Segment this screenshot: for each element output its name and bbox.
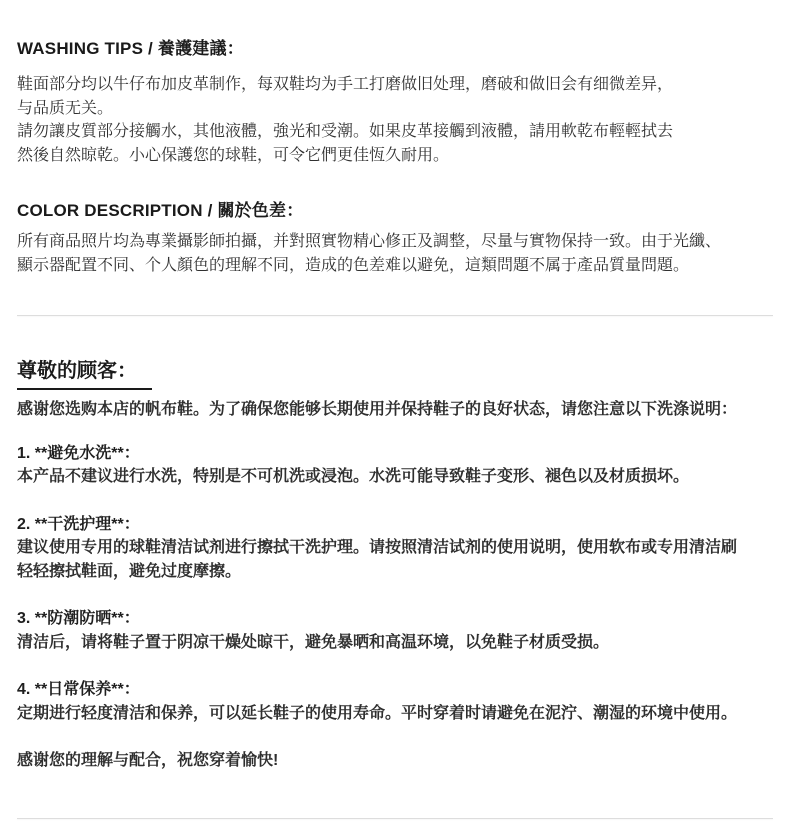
product-care-page: WASHING TIPS / 養護建議： 鞋面部分均以牛仔布加皮革制作，每双鞋均… xyxy=(0,0,790,819)
care-item-body-line: 定期进行轻度清洁和保养，可以延长鞋子的使用寿命。平时穿着时请避免在泥泞、潮湿的环… xyxy=(17,702,773,726)
color-description-heading: COLOR DESCRIPTION / 關於色差： xyxy=(17,167,773,222)
salutation-heading: 尊敬的顾客： xyxy=(17,358,152,390)
closing-message: 感谢您的理解与配合，祝您穿着愉快! xyxy=(17,749,773,773)
care-item-body-line: 本产品不建议进行水洗，特别是不可机洗或浸泡。水洗可能导致鞋子变形、褪色以及材质损… xyxy=(17,465,773,489)
care-item-title: 4. **日常保养**： xyxy=(17,678,773,702)
washing-tips-line: 鞋面部分均以牛仔布加皮革制作，每双鞋均为手工打磨做旧处理，磨破和做旧会有细微差异… xyxy=(17,73,773,97)
care-item-body-line: 清洁后，请将鞋子置于阴凉干燥处晾干，避免暴晒和高温环境，以免鞋子材质受损。 xyxy=(17,631,773,655)
section-divider-top xyxy=(17,315,773,316)
care-item-title: 1. **避免水洗**： xyxy=(17,442,773,466)
color-description-line: 顯示器配置不同、个人顏色的理解不同，造成的色差难以避免，這類問題不属于產品質量問… xyxy=(17,254,773,278)
color-description-section: COLOR DESCRIPTION / 關於色差： 所有商品照片均為專業攝影師拍… xyxy=(17,167,773,277)
washing-tips-heading: WASHING TIPS / 養護建議： xyxy=(17,0,773,60)
section-divider-bottom xyxy=(17,818,773,819)
care-item-daily-maintenance: 4. **日常保养**： 定期进行轻度清洁和保养，可以延长鞋子的使用寿命。平时穿… xyxy=(17,678,773,725)
care-item-dry-cleaning: 2. **干洗护理**： 建议使用专用的球鞋清洁试剂进行擦拭干洗护理。请按照清洁… xyxy=(17,513,773,584)
washing-tips-line: 然後自然晾乾。小心保護您的球鞋，可令它們更佳恆久耐用。 xyxy=(17,144,773,168)
care-item-title: 2. **干洗护理**： xyxy=(17,513,773,537)
washing-tips-paragraph: 鞋面部分均以牛仔布加皮革制作，每双鞋均为手工打磨做旧处理，磨破和做旧会有细微差异… xyxy=(17,73,773,167)
color-description-line: 所有商品照片均為專業攝影師拍攝，并對照實物精心修正及調整，尽量与實物保持一致。由… xyxy=(17,230,773,254)
care-item-no-washing: 1. **避免水洗**： 本产品不建议进行水洗，特别是不可机洗或浸泡。水洗可能导… xyxy=(17,442,773,489)
customer-notice-section: 尊敬的顾客： 感谢您选购本店的帆布鞋。为了确保您能够长期使用并保持鞋子的良好状态… xyxy=(17,358,773,773)
care-item-moisture-sun: 3. **防潮防晒**： 清洁后，请将鞋子置于阴凉干燥处晾干，避免暴晒和高温环境… xyxy=(17,607,773,654)
care-item-body-line: 轻轻擦拭鞋面，避免过度摩擦。 xyxy=(17,560,773,584)
salutation-row: 尊敬的顾客： xyxy=(17,358,773,390)
washing-tips-line: 請勿讓皮質部分接觸水，其他液體，強光和受潮。如果皮革接觸到液體，請用軟乾布輕輕拭… xyxy=(17,120,773,144)
notice-intro: 感谢您选购本店的帆布鞋。为了确保您能够长期使用并保持鞋子的良好状态，请您注意以下… xyxy=(17,398,773,422)
care-item-title: 3. **防潮防晒**： xyxy=(17,607,773,631)
care-item-body-line: 建议使用专用的球鞋清洁试剂进行擦拭干洗护理。请按照清洁试剂的使用说明，使用软布或… xyxy=(17,536,773,560)
color-description-paragraph: 所有商品照片均為專業攝影師拍攝，并對照實物精心修正及調整，尽量与實物保持一致。由… xyxy=(17,230,773,277)
washing-tips-line: 与品质无关。 xyxy=(17,97,773,121)
washing-tips-section: WASHING TIPS / 養護建議： 鞋面部分均以牛仔布加皮革制作，每双鞋均… xyxy=(17,0,773,167)
